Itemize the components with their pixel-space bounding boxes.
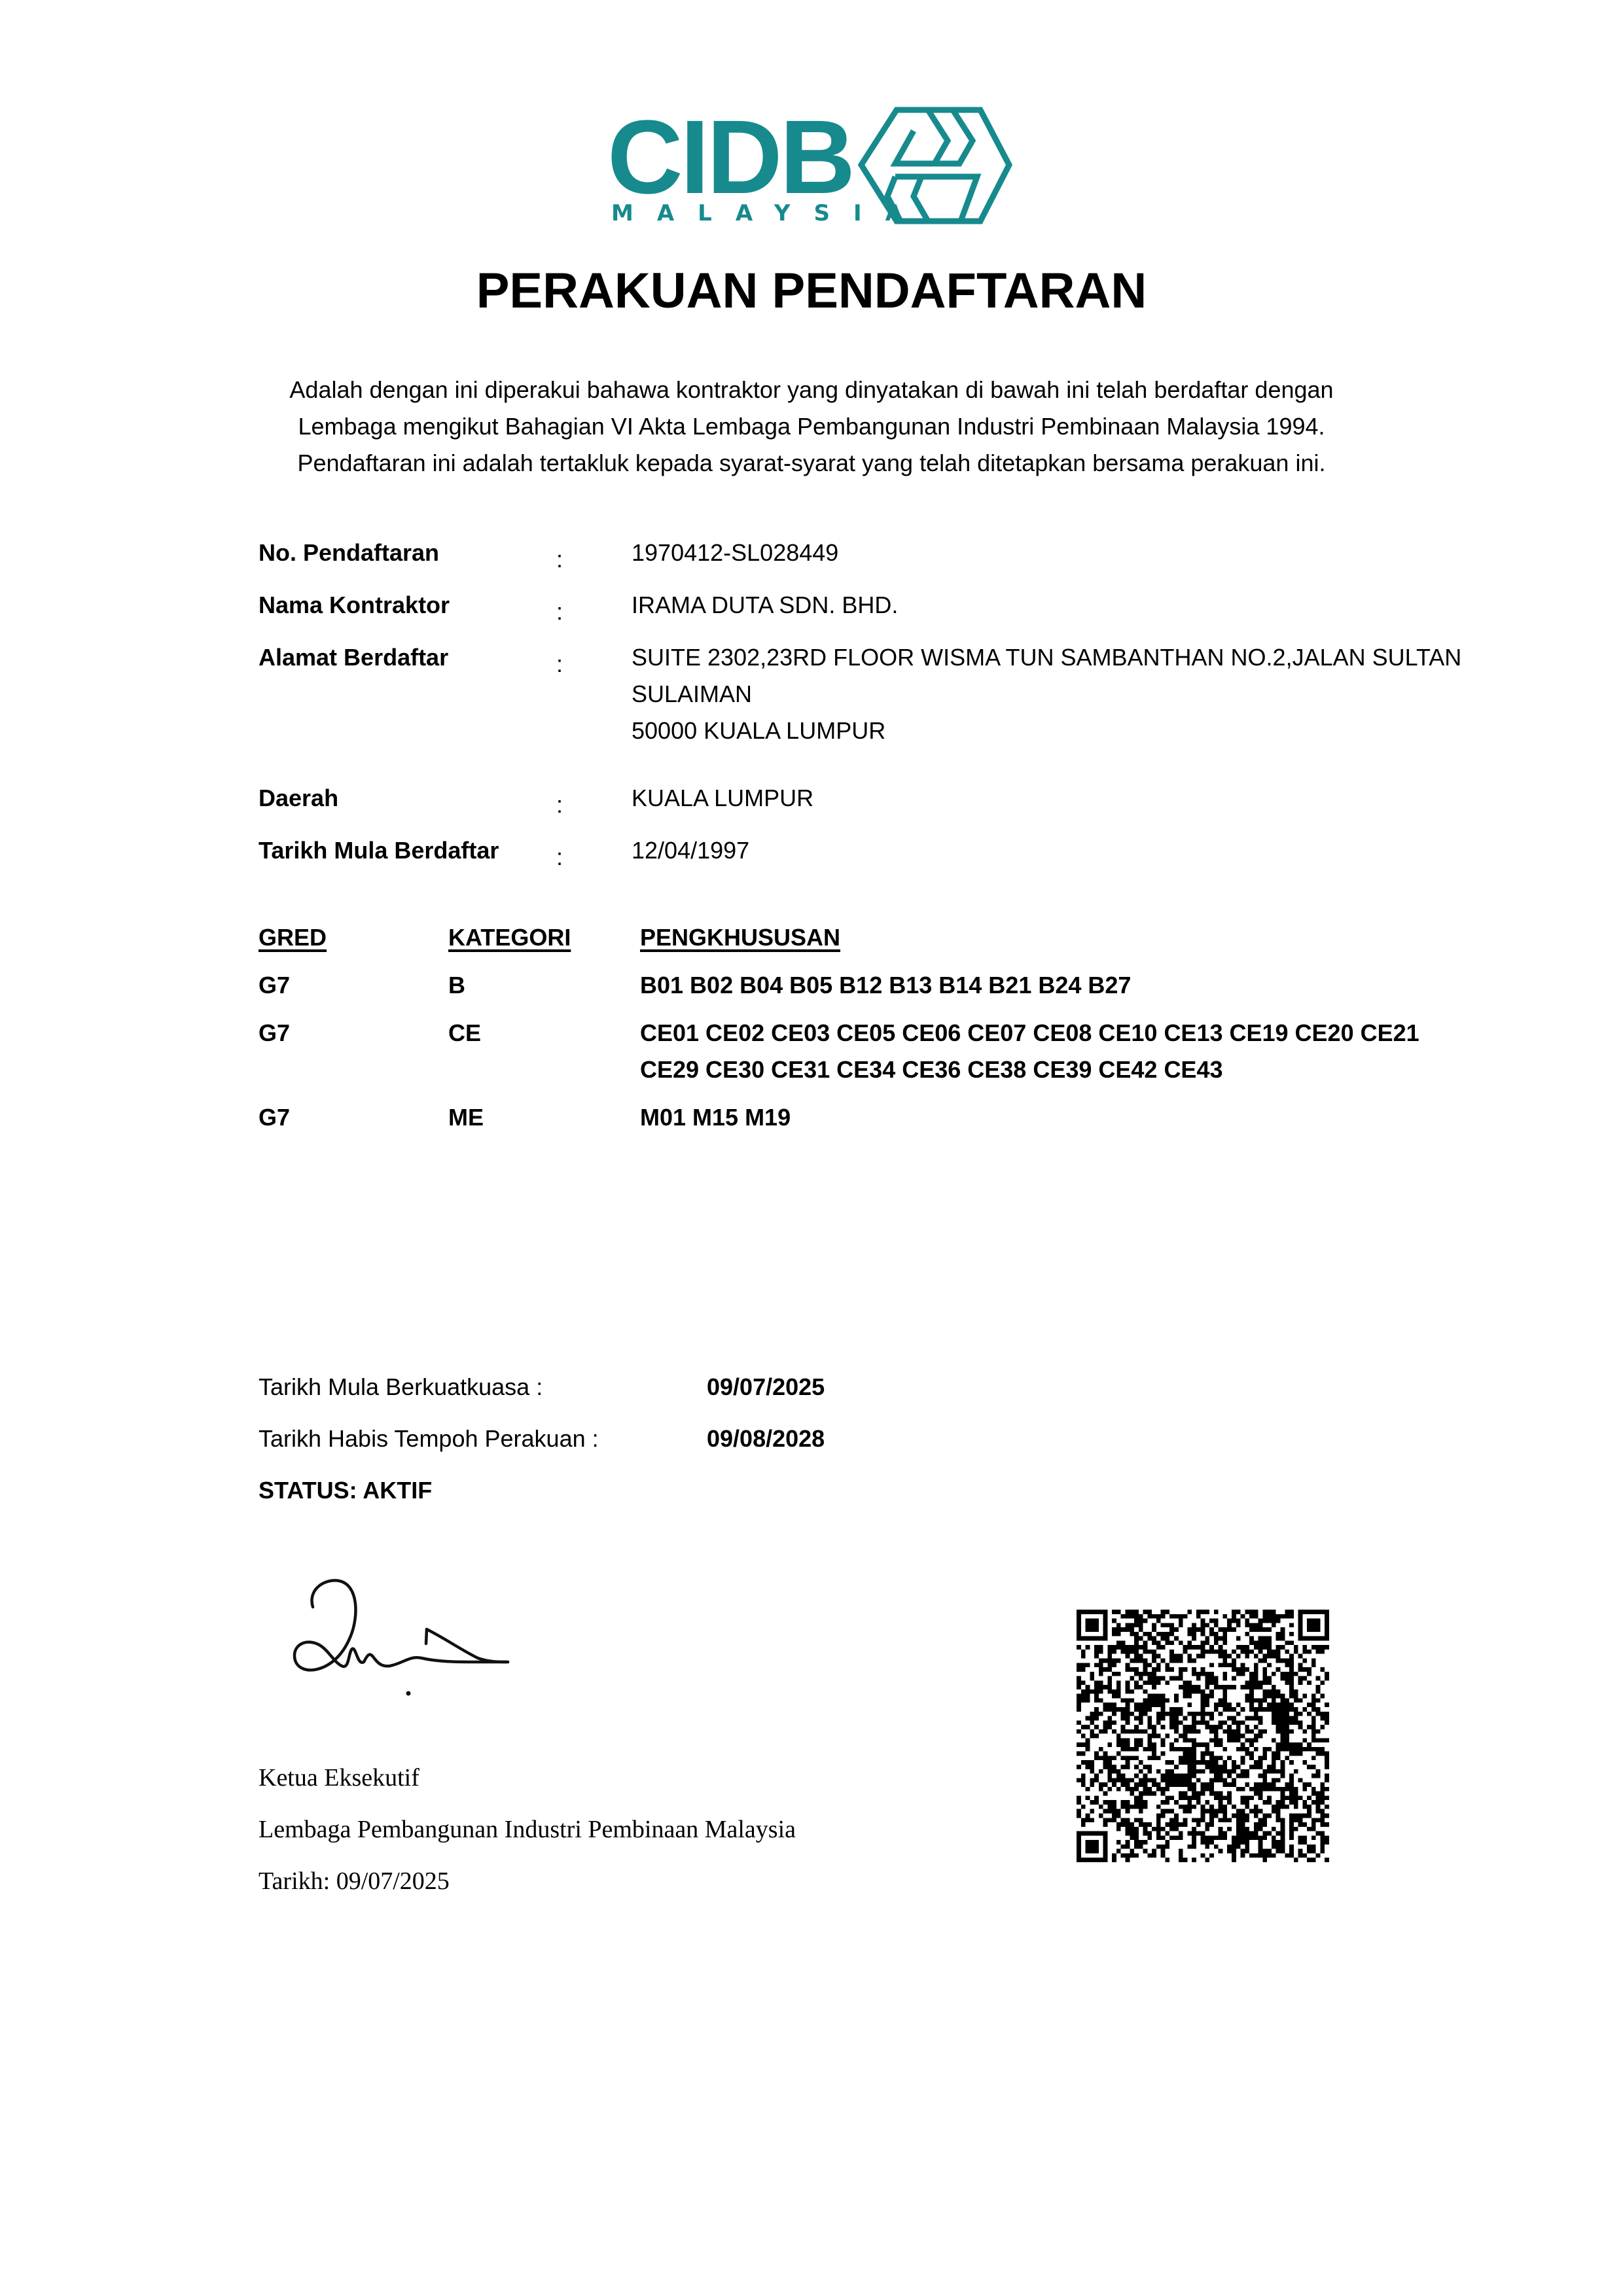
specialization-cell: CE01 CE02 CE03 CE05 CE06 CE07 CE08 CE10 … xyxy=(640,1015,1419,1051)
district-label: Daerah xyxy=(259,785,338,811)
registration-date-label: Tarikh Mula Berdaftar xyxy=(259,838,499,864)
grade-cell: G7 xyxy=(259,1015,290,1051)
address-line: 50000 KUALA LUMPUR xyxy=(632,713,885,749)
grade-cell: G7 xyxy=(259,1099,290,1136)
signatory-title: Ketua Eksekutif xyxy=(259,1763,419,1792)
signature-icon xyxy=(281,1570,530,1727)
separator: : xyxy=(556,651,563,677)
expiry-date-label: Tarikh Habis Tempoh Perakuan : xyxy=(259,1426,599,1452)
category-cell: CE xyxy=(448,1015,481,1051)
cidb-logo: CIDB MALAYSIA xyxy=(607,105,1026,229)
address-line: SULAIMAN xyxy=(632,676,752,713)
logo-wordmark: CIDB xyxy=(607,105,853,209)
contractor-name-value: IRAMA DUTA SDN. BHD. xyxy=(632,587,898,624)
grade-cell: G7 xyxy=(259,967,290,1004)
intro-paragraph: Adalah dengan ini diperakui bahawa kontr… xyxy=(249,372,1374,482)
registration-date-value: 12/04/1997 xyxy=(632,832,749,869)
document-title: PERAKUAN PENDAFTARAN xyxy=(0,262,1623,321)
signatory-date: Tarikh: 09/07/2025 xyxy=(259,1867,450,1896)
status-badge: STATUS: AKTIF xyxy=(259,1477,432,1504)
separator: : xyxy=(556,546,563,573)
intro-line: Adalah dengan ini diperakui bahawa kontr… xyxy=(249,372,1374,408)
column-header-specialization: PENGKHUSUSAN xyxy=(640,919,840,956)
intro-line: Lembaga mengikut Bahagian VI Akta Lembag… xyxy=(249,408,1374,445)
separator: : xyxy=(556,599,563,625)
effective-date-label: Tarikh Mula Berkuatkuasa : xyxy=(259,1374,543,1400)
specialization-cell: B01 B02 B04 B05 B12 B13 B14 B21 B24 B27 xyxy=(640,967,1131,1004)
separator: : xyxy=(556,844,563,870)
contractor-name-label: Nama Kontraktor xyxy=(259,592,450,618)
intro-line: Pendaftaran ini adalah tertakluk kepada … xyxy=(249,445,1374,482)
address-label: Alamat Berdaftar xyxy=(259,645,448,671)
registration-no-value: 1970412-SL028449 xyxy=(632,535,838,571)
registration-no-label: No. Pendaftaran xyxy=(259,540,439,566)
expiry-date-value: 09/08/2028 xyxy=(707,1426,825,1452)
specialization-cell: CE29 CE30 CE31 CE34 CE36 CE38 CE39 CE42 … xyxy=(640,1051,1223,1088)
separator: : xyxy=(556,792,563,818)
cidb-emblem-icon xyxy=(856,105,1013,226)
column-header-category: KATEGORI xyxy=(448,919,571,956)
category-cell: ME xyxy=(448,1099,484,1136)
address-line: SUITE 2302,23RD FLOOR WISMA TUN SAMBANTH… xyxy=(632,639,1461,676)
effective-date-value: 09/07/2025 xyxy=(707,1374,825,1400)
specialization-cell: M01 M15 M19 xyxy=(640,1099,791,1136)
qr-code-icon[interactable] xyxy=(1077,1610,1329,1862)
signatory-organization: Lembaga Pembangunan Industri Pembinaan M… xyxy=(259,1815,796,1844)
column-header-grade: GRED xyxy=(259,919,327,956)
category-cell: B xyxy=(448,967,465,1004)
district-value: KUALA LUMPUR xyxy=(632,780,813,817)
